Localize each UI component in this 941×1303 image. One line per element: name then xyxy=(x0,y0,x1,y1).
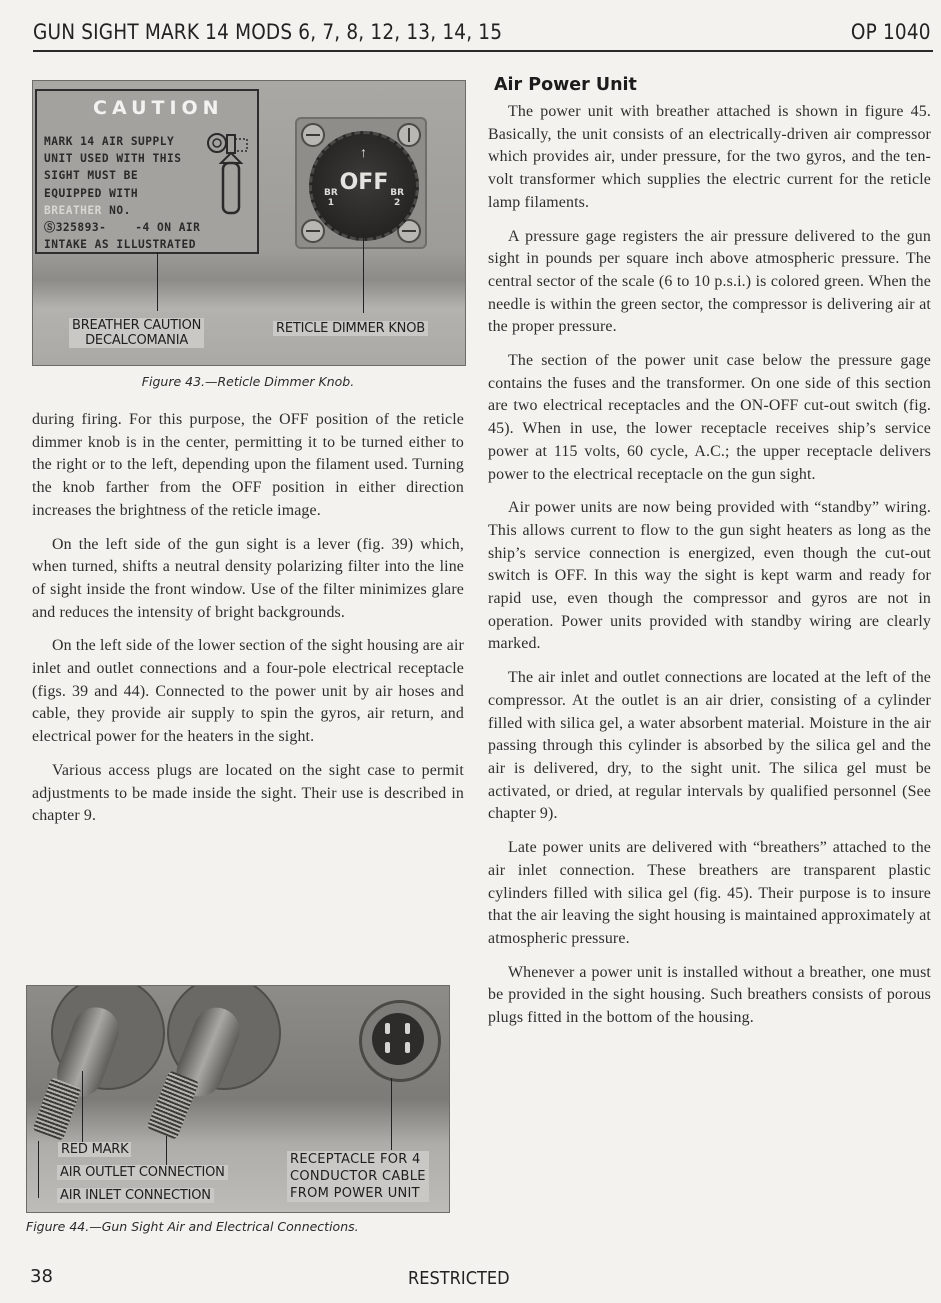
leader-line xyxy=(391,1078,392,1150)
reticle-dimmer-knob: ↑ OFF BR1 BR2 xyxy=(309,131,419,241)
page-header: GUN SIGHT MARK 14 MODS 6, 7, 8, 12, 13, … xyxy=(33,18,933,52)
label-breather-caution: BREATHER CAUTION DECALCOMANIA xyxy=(69,318,204,348)
leader-line xyxy=(38,1141,39,1198)
caution-decal: CAUTION MARK 14 AIR SUPPLY UNIT USED WIT… xyxy=(35,89,259,254)
knob-br1-label: BR1 xyxy=(324,188,338,208)
paragraph: On the left side of the lower section of… xyxy=(32,635,464,749)
breather-cylinder-icon xyxy=(207,131,251,221)
label-red-mark: RED MARK xyxy=(58,1142,131,1157)
screw-icon xyxy=(397,123,421,147)
threaded-fitting xyxy=(32,1077,81,1141)
left-column: CAUTION MARK 14 AIR SUPPLY UNIT USED WIT… xyxy=(32,80,464,828)
label-air-outlet-connection: AIR OUTLET CONNECTION xyxy=(57,1165,228,1180)
paragraph: during firing. For this purpose, the OFF… xyxy=(32,409,464,523)
paragraph: The section of the power unit case below… xyxy=(488,350,931,486)
screw-icon xyxy=(301,219,325,243)
figure-44-photo: RED MARK AIR OUTLET CONNECTION AIR INLET… xyxy=(26,985,450,1213)
running-title: GUN SIGHT MARK 14 MODS 6, 7, 8, 12, 13, … xyxy=(33,20,502,44)
label-reticle-dimmer-knob: RETICLE DIMMER KNOB xyxy=(273,321,428,336)
caution-text: MARK 14 AIR SUPPLY UNIT USED WITH THIS S… xyxy=(44,133,200,253)
leader-line xyxy=(82,1071,83,1151)
left-body-text: during firing. For this purpose, the OFF… xyxy=(32,409,464,828)
paragraph: Late power units are delivered with “bre… xyxy=(488,837,931,951)
leader-line xyxy=(363,231,364,313)
figure-44-caption: Figure 44.—Gun Sight Air and Electrical … xyxy=(26,1219,456,1234)
threaded-fitting xyxy=(147,1070,200,1139)
knob-br2-label: BR2 xyxy=(390,188,404,208)
reticle-dimmer-knob-assembly: ↑ OFF BR1 BR2 xyxy=(295,117,427,249)
label-receptacle: RECEPTACLE FOR 4 CONDUCTOR CABLE FROM PO… xyxy=(287,1151,429,1202)
paragraph: Whenever a power unit is installed witho… xyxy=(488,962,931,1030)
label-air-inlet-connection: AIR INLET CONNECTION xyxy=(57,1188,214,1203)
caution-heading: CAUTION xyxy=(93,97,224,119)
paragraph: Air power units are now being provided w… xyxy=(488,497,931,656)
section-title: Air Power Unit xyxy=(494,75,931,95)
paragraph: Various access plugs are located on the … xyxy=(32,760,464,828)
paragraph: A pressure gage registers the air pressu… xyxy=(488,226,931,340)
leader-line xyxy=(157,252,158,311)
screw-icon xyxy=(301,123,325,147)
publication-code: OP 1040 xyxy=(851,20,931,44)
right-column: Air Power Unit The power unit with breat… xyxy=(488,75,931,1030)
figure-43-caption: Figure 43.—Reticle Dimmer Knob. xyxy=(32,374,464,389)
arrow-up-icon: ↑ xyxy=(360,146,367,162)
page-number: 38 xyxy=(30,1266,53,1287)
classification-marking: RESTRICTED xyxy=(408,1268,510,1289)
paragraph: On the left side of the gun sight is a l… xyxy=(32,534,464,625)
figure-43-photo: CAUTION MARK 14 AIR SUPPLY UNIT USED WIT… xyxy=(32,80,466,366)
paragraph: The power unit with breather attached is… xyxy=(488,101,931,215)
paragraph: The air inlet and outlet connections are… xyxy=(488,667,931,826)
figure-44: RED MARK AIR OUTLET CONNECTION AIR INLET… xyxy=(26,985,456,1234)
four-pole-receptacle xyxy=(359,1000,441,1082)
